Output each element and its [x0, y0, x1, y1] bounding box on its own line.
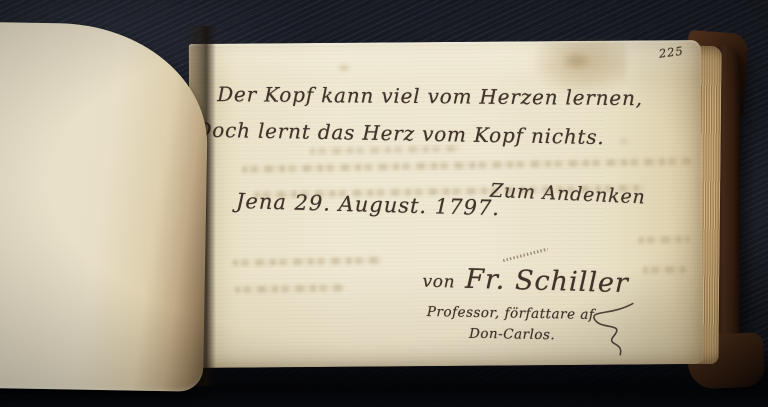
signature-prefix: von — [422, 272, 455, 293]
tiny-inscription-marks — [503, 248, 548, 262]
verse-line-1: Der Kopf kann viel vom Herzen lernen, — [217, 82, 643, 110]
bleedthrough-writing — [232, 257, 382, 267]
verse-line-2: Doch lernt das Herz vom Kopf nichts. — [195, 118, 605, 149]
bleedthrough-writing — [642, 266, 686, 274]
bleedthrough-writing — [638, 236, 690, 244]
bleedthrough-writing — [242, 158, 692, 173]
page-number: 225 — [658, 44, 685, 61]
foxing-spot — [339, 65, 349, 71]
signature-line: von Fr. Schiller — [422, 263, 629, 300]
right-page: 225 Der Kopf kann viel vom Herzen lernen… — [189, 40, 704, 368]
bleedthrough-writing — [310, 145, 460, 155]
signature-name: Fr. Schiller — [465, 264, 629, 299]
paper-stain-core — [561, 51, 591, 71]
bleedthrough-writing — [235, 284, 345, 293]
annotation-line-1: Professor, författare af — [427, 304, 595, 323]
photograph-album-page: 225 Der Kopf kann viel vom Herzen lernen… — [0, 0, 768, 407]
left-page-blank — [0, 22, 209, 392]
foxing-spot — [619, 139, 627, 144]
annotation-line-2: Don-Carlos. — [469, 326, 555, 344]
